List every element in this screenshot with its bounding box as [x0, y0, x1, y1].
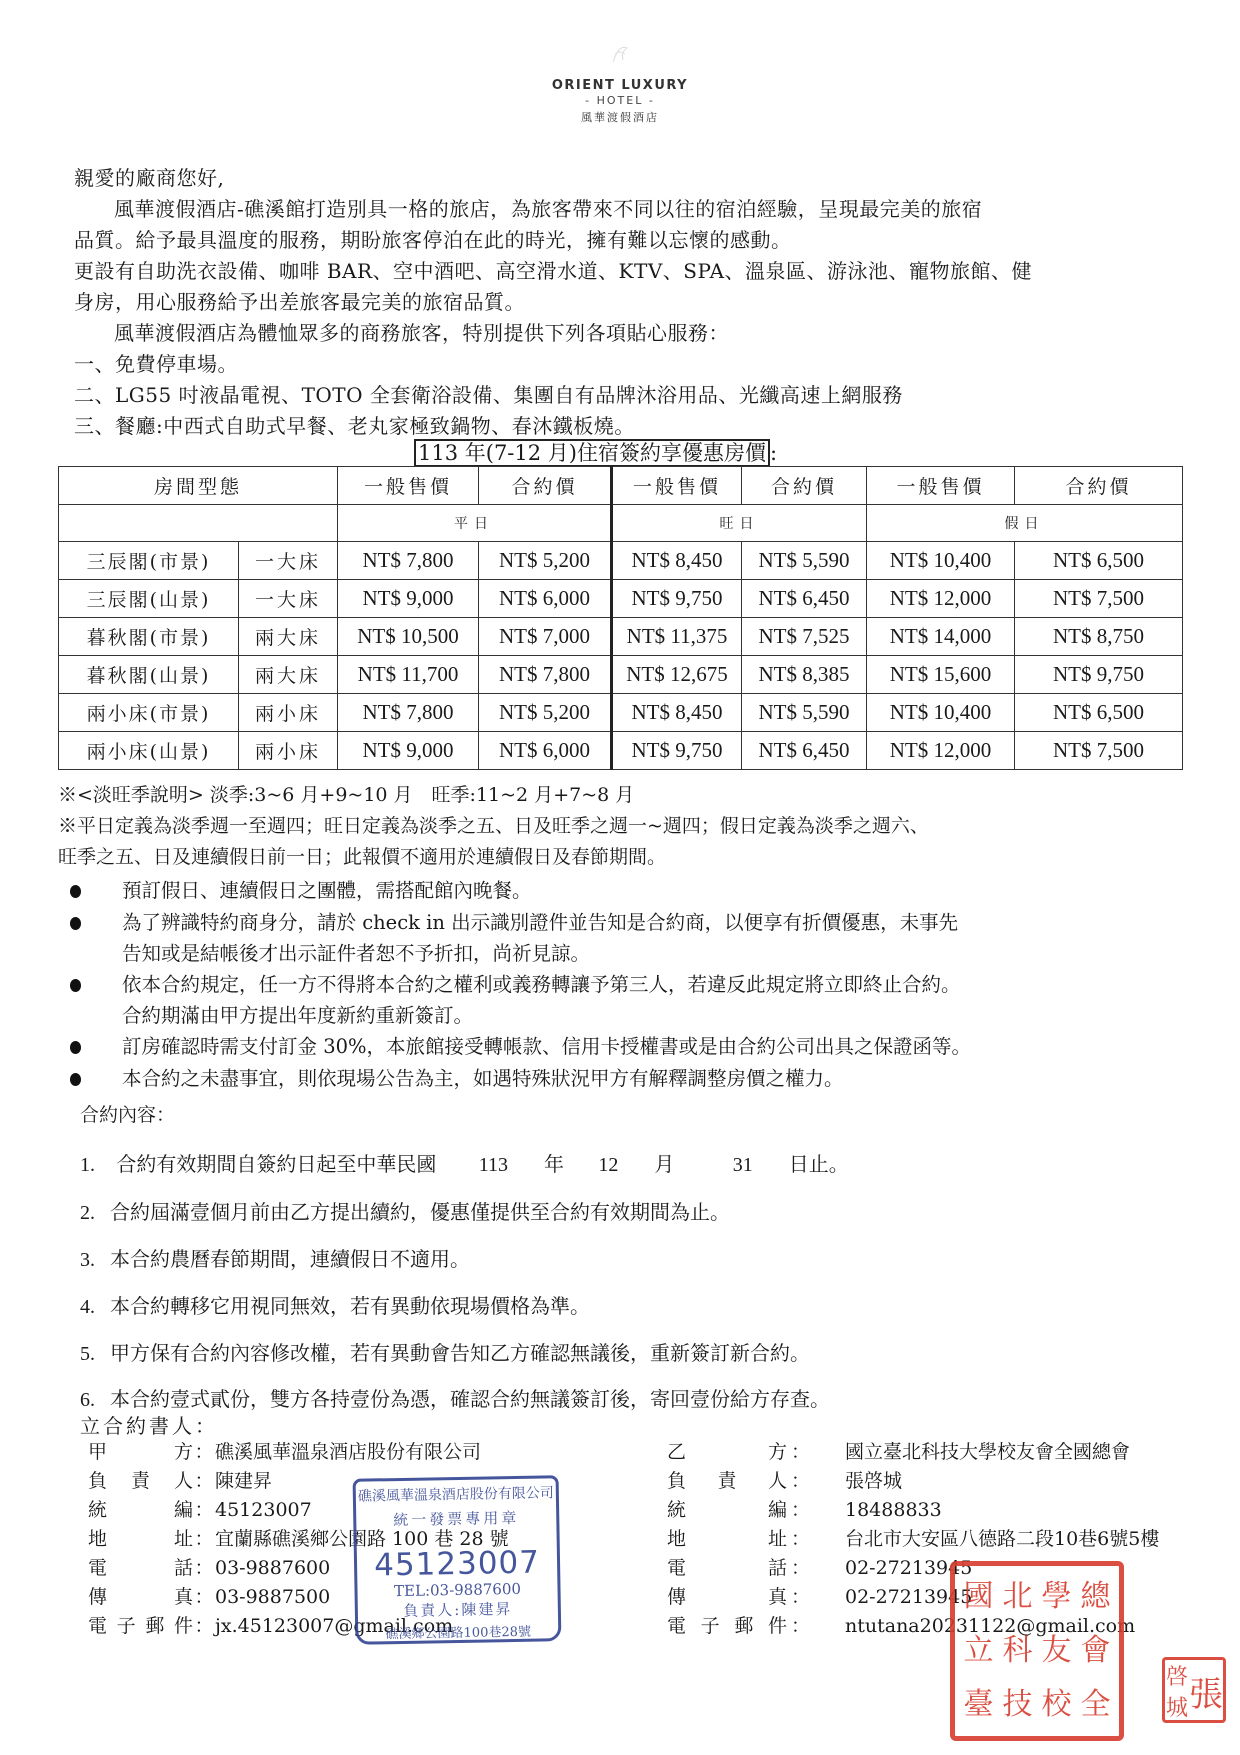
header-list-price: 一般售價	[612, 467, 742, 505]
table-period-row: 平日 旺日 假日	[59, 505, 1183, 542]
company-invoice-stamp: 礁溪風華溫泉酒店股份有限公司 統一發票專用章 45123007 TEL:03-9…	[353, 1475, 562, 1645]
bed-type: 一大床	[239, 542, 338, 580]
rate-table: 房間型態 一般售價 合約價 一般售價 合約價 一般售價 合約價 平日 旺日 假日…	[58, 466, 1183, 770]
room-name: 三辰閣(山景)	[59, 580, 239, 618]
stamp-tax-id: 45123007	[357, 1545, 558, 1582]
personal-seal: 啓 城 張	[1162, 1657, 1226, 1723]
price-cell: NT$ 12,000	[867, 732, 1015, 770]
price-cell: NT$ 5,200	[479, 694, 612, 732]
terms-bullet-list: 預訂假日、連續假日之團體，需搭配館內晚餐。 為了辨識特約商身分，請於 check…	[70, 875, 1190, 1095]
price-cell: NT$ 7,500	[1015, 580, 1183, 618]
price-cell: NT$ 7,800	[338, 542, 479, 580]
contract-clause: 4.本合約轉移它用視同無效，若有異動依現場價格為準。	[80, 1290, 590, 1319]
table-row: 三辰閣(山景) 一大床 NT$ 9,000 NT$ 6,000 NT$ 9,75…	[59, 580, 1183, 618]
header-contract-price: 合約價	[742, 467, 867, 505]
price-cell: NT$ 8,450	[612, 542, 742, 580]
price-cell: NT$ 6,450	[742, 580, 867, 618]
rate-table-title: 113 年(7-12 月)住宿簽約享優惠房價:	[414, 437, 777, 467]
day-definition-line2: 旺季之五、日及連續假日前一日；此報價不適用於連續假日及春節期間。	[58, 842, 1188, 873]
price-cell: NT$ 11,375	[612, 618, 742, 656]
price-cell: NT$ 5,590	[742, 694, 867, 732]
expiry-month: 12	[598, 1154, 618, 1177]
bed-type: 兩小床	[239, 694, 338, 732]
bullet-icon	[70, 917, 81, 930]
header-list-price: 一般售價	[338, 467, 479, 505]
price-cell: NT$ 7,800	[338, 694, 479, 732]
season-definition: ※<淡旺季說明> 淡季:3~6 月+9~10 月 旺季:11~2 月+7~8 月	[58, 780, 1188, 811]
price-cell: NT$ 5,590	[742, 542, 867, 580]
contract-clause: 5.甲方保有合約內容修改權，若有異動會告知乙方確認無議後，重新簽訂新合約。	[80, 1337, 810, 1366]
price-cell: NT$ 10,500	[338, 618, 479, 656]
hotel-logo: ORIENT LUXURY - HOTEL - 風華渡假酒店	[0, 40, 1240, 125]
room-name: 暮秋閣(山景)	[59, 656, 239, 694]
season-notes: ※<淡旺季說明> 淡季:3~6 月+9~10 月 旺季:11~2 月+7~8 月…	[58, 780, 1188, 873]
contract-content-title: 合約內容：	[80, 1100, 175, 1127]
price-cell: NT$ 8,750	[1015, 618, 1183, 656]
price-cell: NT$ 9,750	[612, 732, 742, 770]
room-name: 暮秋閣(市景)	[59, 618, 239, 656]
bullet-icon	[70, 885, 81, 898]
signers-title: 立合約書人：	[80, 1410, 218, 1439]
contract-clause-1: 1. 合約有效期間自簽約日起至中華民國 113年 12月 31日止。	[80, 1148, 849, 1177]
logo-emblem-icon	[605, 40, 635, 70]
header-list-price: 一般售價	[867, 467, 1015, 505]
price-cell: NT$ 11,700	[338, 656, 479, 694]
list-item: 依本合約規定，任一方不得將本合約之權利或義務轉讓予第三人，若違反此規定將立即終止…	[70, 969, 1190, 1031]
header-contract-price: 合約價	[1015, 467, 1183, 505]
price-cell: NT$ 7,525	[742, 618, 867, 656]
table-row: 暮秋閣(市景) 兩大床 NT$ 10,500 NT$ 7,000 NT$ 11,…	[59, 618, 1183, 656]
header-room-type: 房間型態	[59, 467, 338, 505]
intro-para1-line1: 風華渡假酒店-礁溪館打造別具一格的旅店，為旅客帶來不同以往的宿泊經驗，呈現最完美…	[74, 194, 1184, 225]
price-cell: NT$ 6,000	[479, 732, 612, 770]
bullet-icon	[70, 1073, 81, 1086]
list-item: 預訂假日、連續假日之團體，需搭配館內晚餐。	[70, 875, 1190, 907]
bed-type: 一大床	[239, 580, 338, 618]
price-cell: NT$ 9,750	[1015, 656, 1183, 694]
party-a-name-row: 甲方：礁溪風華溫泉酒店股份有限公司	[88, 1438, 509, 1467]
period-blank	[59, 505, 338, 542]
room-name: 三辰閣(市景)	[59, 542, 239, 580]
expiry-year: 113	[479, 1154, 508, 1177]
price-cell: NT$ 12,000	[867, 580, 1015, 618]
expiry-day: 31	[733, 1154, 753, 1177]
price-cell: NT$ 9,000	[338, 580, 479, 618]
price-cell: NT$ 10,400	[867, 694, 1015, 732]
contract-clause: 6.本合約壹式貳份，雙方各持壹份為憑，確認合約無議簽訂後，寄回壹份給方存查。	[80, 1383, 830, 1412]
party-b-taxid-row: 統編：18488833	[667, 1496, 1159, 1525]
table-row: 兩小床(市景) 兩小床 NT$ 7,800 NT$ 5,200 NT$ 8,45…	[59, 694, 1183, 732]
price-cell: NT$ 14,000	[867, 618, 1015, 656]
price-cell: NT$ 9,000	[338, 732, 479, 770]
period-peak-day: 旺日	[612, 505, 867, 542]
price-cell: NT$ 7,500	[1015, 732, 1183, 770]
period-weekday: 平日	[338, 505, 612, 542]
price-cell: NT$ 6,000	[479, 580, 612, 618]
intro-section: 親愛的廠商您好, 風華渡假酒店-礁溪館打造別具一格的旅店，為旅客帶來不同以往的宿…	[74, 163, 1184, 442]
list-item: 為了辨識特約商身分，請於 check in 出示識別證件並告知是合約商，以便享有…	[70, 907, 1190, 969]
intro-para2-line1: 更設有自助洗衣設備、咖啡 BAR、空中酒吧、高空滑水道、KTV、SPA、溫泉區、…	[74, 256, 1184, 287]
table-row: 暮秋閣(山景) 兩大床 NT$ 11,700 NT$ 7,800 NT$ 12,…	[59, 656, 1183, 694]
bed-type: 兩大床	[239, 618, 338, 656]
salutation: 親愛的廠商您好,	[74, 163, 1184, 194]
brand-name-zh: 風華渡假酒店	[0, 109, 1240, 125]
intro-para1-line2: 品質。給予最具溫度的服務，期盼旅客停泊在此的時光，擁有難以忘懷的感動。	[74, 225, 1184, 256]
price-cell: NT$ 9,750	[612, 580, 742, 618]
list-item: 本合約之未盡事宜，則依現場公告為主，如遇特殊狀況甲方有解釋調整房價之權力。	[70, 1063, 1190, 1095]
contract-clause: 2.合約屆滿壹個月前由乙方提出續約，優惠僅提供至合約有效期間為止。	[80, 1196, 730, 1225]
price-cell: NT$ 6,450	[742, 732, 867, 770]
bullet-icon	[70, 1041, 81, 1054]
price-cell: NT$ 6,500	[1015, 542, 1183, 580]
price-cell: NT$ 7,800	[479, 656, 612, 694]
price-cell: NT$ 8,450	[612, 694, 742, 732]
price-cell: NT$ 8,385	[742, 656, 867, 694]
bed-type: 兩大床	[239, 656, 338, 694]
rate-table-title-text: 113 年(7-12 月)住宿簽約享優惠房價	[414, 439, 770, 467]
bullet-icon	[70, 979, 81, 992]
brand-subtitle: - HOTEL -	[0, 94, 1240, 107]
room-name: 兩小床(山景)	[59, 732, 239, 770]
intro-para2-line2: 身房，用心服務給予出差旅客最完美的旅宿品質。	[74, 287, 1184, 318]
price-cell: NT$ 15,600	[867, 656, 1015, 694]
service-item: 二、LG55 吋液晶電視、TOTO 全套衛浴設備、集團自有品牌沐浴用品、光纖高速…	[74, 380, 1184, 411]
service-item: 一、免費停車場。	[74, 349, 1184, 380]
period-holiday: 假日	[867, 505, 1183, 542]
bed-type: 兩小床	[239, 732, 338, 770]
day-definition-line1: ※平日定義為淡季週一至週四；旺日定義為淡季之五、日及旺季之週一~週四；假日定義為…	[58, 811, 1188, 842]
list-item: 訂房確認時需支付訂金 30%，本旅館接受轉帳款、信用卡授權書或是由合約公司出具之…	[70, 1031, 1190, 1063]
table-header-row: 房間型態 一般售價 合約價 一般售價 合約價 一般售價 合約價	[59, 467, 1183, 505]
price-cell: NT$ 5,200	[479, 542, 612, 580]
room-name: 兩小床(市景)	[59, 694, 239, 732]
price-cell: NT$ 12,675	[612, 656, 742, 694]
contract-clause: 3.本合約農曆春節期間，連續假日不適用。	[80, 1243, 470, 1272]
header-contract-price: 合約價	[479, 467, 612, 505]
organization-seal: 國北學總 立科友會 臺技校全	[950, 1561, 1124, 1741]
party-b-address-row: 地址：台北市大安區八德路二段10巷6號5樓	[667, 1525, 1159, 1554]
table-row: 三辰閣(市景) 一大床 NT$ 7,800 NT$ 5,200 NT$ 8,45…	[59, 542, 1183, 580]
party-b-name-row: 乙方：國立臺北科技大學校友會全國總會	[667, 1438, 1159, 1467]
price-cell: NT$ 7,000	[479, 618, 612, 656]
table-row: 兩小床(山景) 兩小床 NT$ 9,000 NT$ 6,000 NT$ 9,75…	[59, 732, 1183, 770]
price-cell: NT$ 6,500	[1015, 694, 1183, 732]
intro-para3: 風華渡假酒店為體恤眾多的商務旅客，特別提供下列各項貼心服務：	[74, 318, 1184, 349]
brand-name-en: ORIENT LUXURY	[0, 78, 1240, 93]
price-cell: NT$ 10,400	[867, 542, 1015, 580]
party-b-rep-row: 負責人：張啓城	[667, 1467, 1159, 1496]
